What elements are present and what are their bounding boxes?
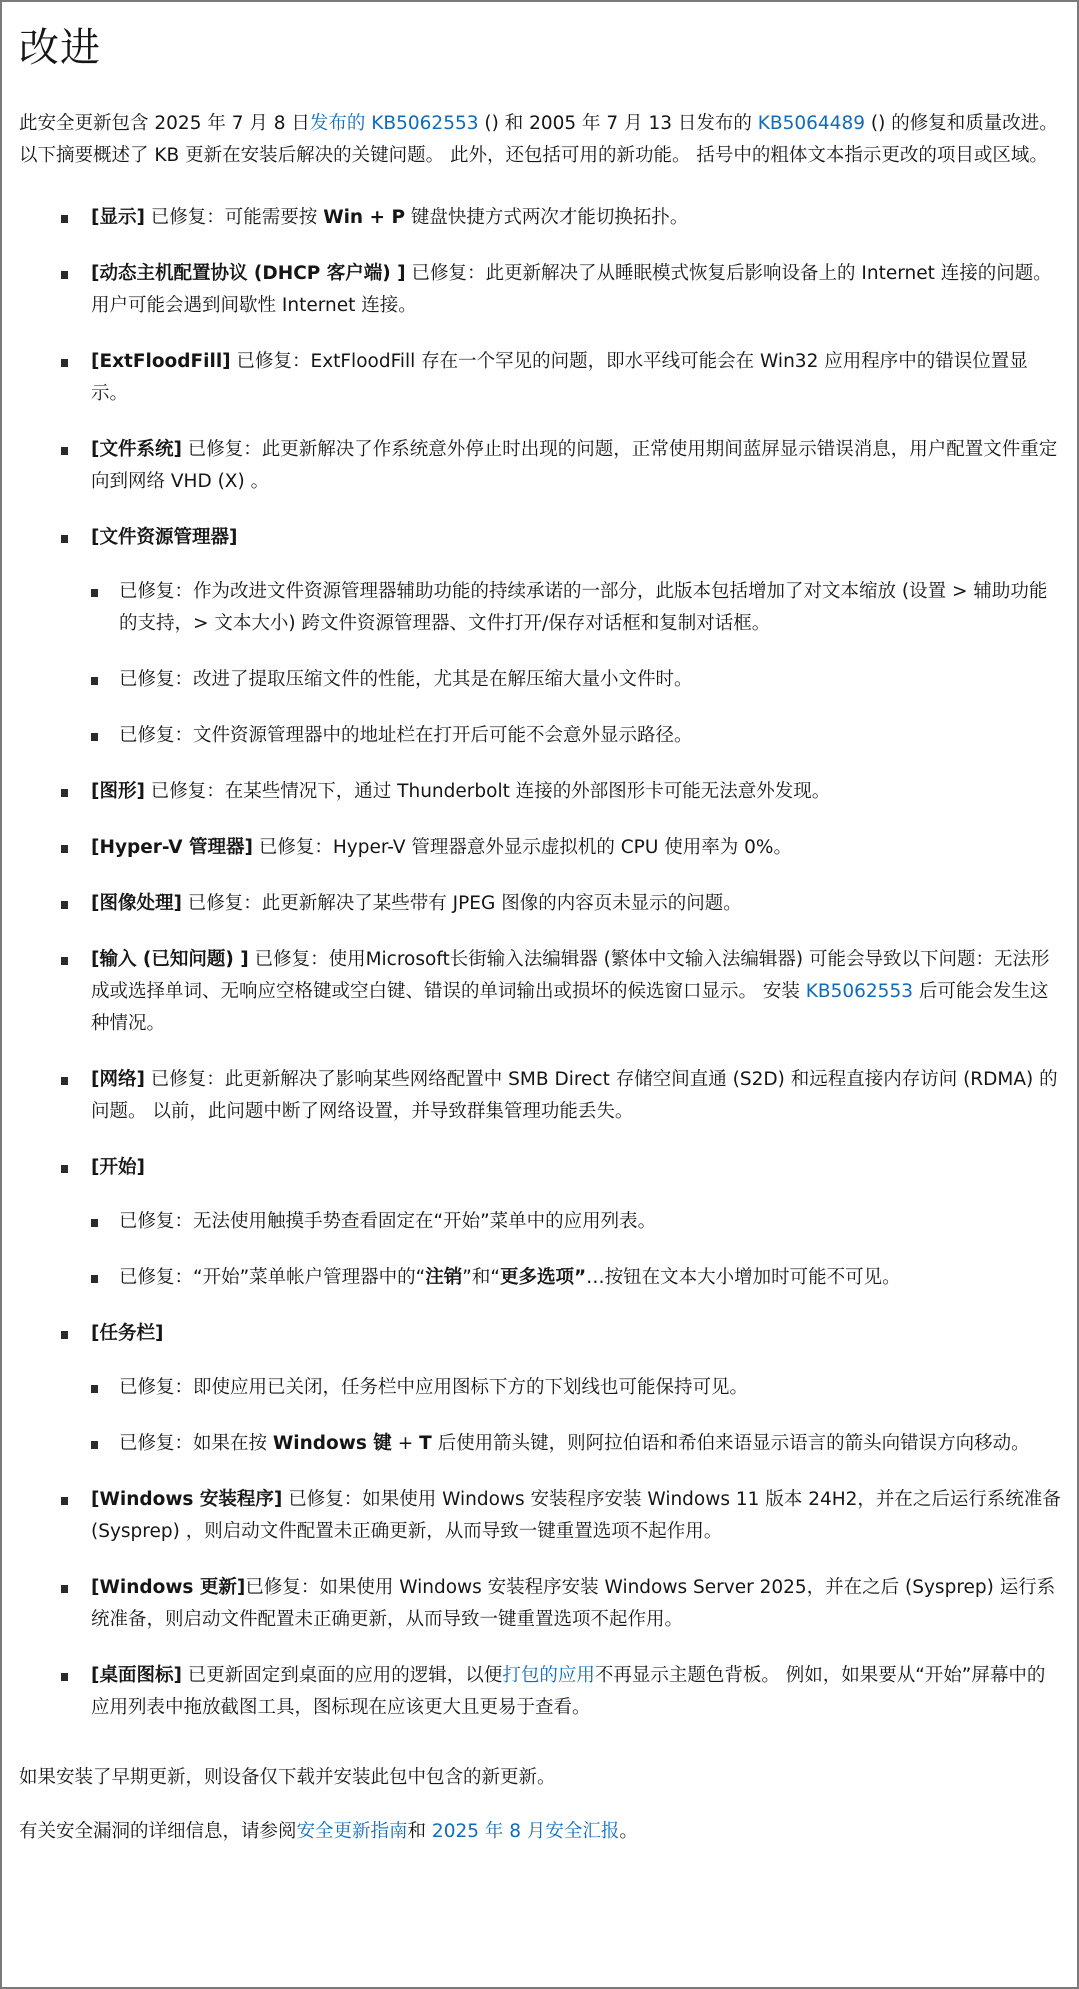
sub-list: 已修复：即使应用已关闭，任务栏中应用图标下方的下划线也可能保持可见。 已修复：如… <box>91 1372 1061 1460</box>
square-bullet-icon <box>61 535 68 543</box>
footer-text: 和 <box>408 1821 432 1842</box>
item-tag: [图形] <box>91 781 145 802</box>
list-item-imaging: [图像处理] 已修复：此更新解决了某些带有 JPEG 图像的内容页未显示的问题。 <box>19 888 1061 920</box>
list-item-extfloodfill: [ExtFloodFill] 已修复：ExtFloodFill 存在一个罕见的问… <box>19 346 1061 410</box>
item-tag: [输入 (已知问题) ] <box>91 949 249 970</box>
item-tag: [Windows 安装程序] <box>91 1489 282 1510</box>
square-bullet-icon <box>91 1219 98 1227</box>
square-bullet-icon <box>61 271 68 279</box>
sub-item-text: 已修复：如果在按 <box>119 1433 273 1454</box>
footer-note: 如果安装了早期更新，则设备仅下载并安装此包中包含的新更新。 <box>19 1762 1061 1794</box>
item-tag: [文件系统] <box>91 439 182 460</box>
item-text: 已修复：此更新解决了影响某些网络配置中 SMB Direct 存储空间直通 (S… <box>91 1069 1058 1122</box>
list-item-windows-setup: [Windows 安装程序] 已修复：如果使用 Windows 安装程序安装 W… <box>19 1484 1061 1548</box>
item-text: 键盘快捷方式两次才能切换拓扑。 <box>405 207 688 228</box>
list-item-file-system: [文件系统] 已修复：此更新解决了作系统意外停止时出现的问题，正常使用期间蓝屏显… <box>19 434 1061 498</box>
item-text: 已修复：此更新解决了作系统意外停止时出现的问题，正常使用期间蓝屏显示错误消息，用… <box>91 439 1057 492</box>
sub-list-item: 已修复：“开始”菜单帐户管理器中的“注销”和“更多选项”…按钮在文本大小增加时可… <box>91 1262 1061 1294</box>
square-bullet-icon <box>61 957 68 965</box>
square-bullet-icon <box>91 733 98 741</box>
square-bullet-icon <box>61 215 68 223</box>
list-item-taskbar: [任务栏] 已修复：即使应用已关闭，任务栏中应用图标下方的下划线也可能保持可见。… <box>19 1318 1061 1460</box>
item-tag: [桌面图标] <box>91 1665 182 1686</box>
page-title: 改进 <box>19 2 1061 74</box>
sub-list-item: 已修复：改进了提取压缩文件的性能，尤其是在解压缩大量小文件时。 <box>91 664 1061 696</box>
intro-paragraph: 此安全更新包含 2025 年 7 月 8 日发布的 KB5062553 () 和… <box>19 108 1061 172</box>
list-item-networking: [网络] 已修复：此更新解决了影响某些网络配置中 SMB Direct 存储空间… <box>19 1064 1061 1128</box>
item-tag: [开始] <box>91 1157 145 1178</box>
item-bold: Win + P <box>323 207 405 228</box>
sub-list-item: 已修复：作为改进文件资源管理器辅助功能的持续承诺的一部分，此版本包括增加了对文本… <box>91 576 1061 640</box>
improvements-list: [显示] 已修复：可能需要按 Win + P 键盘快捷方式两次才能切换拓扑。 [… <box>19 202 1061 1724</box>
intro-text: 此安全更新包含 2025 年 7 月 8 日 <box>19 113 310 134</box>
item-bold: T <box>419 1433 432 1454</box>
sub-list: 已修复：作为改进文件资源管理器辅助功能的持续承诺的一部分，此版本包括增加了对文本… <box>91 576 1061 752</box>
kb5064489-link[interactable]: KB5064489 <box>758 113 865 134</box>
sub-item-text: 已修复：“开始”菜单帐户管理器中的“ <box>119 1267 425 1288</box>
sub-list-item: 已修复：即使应用已关闭，任务栏中应用图标下方的下划线也可能保持可见。 <box>91 1372 1061 1404</box>
square-bullet-icon <box>61 1585 68 1593</box>
square-bullet-icon <box>91 589 98 597</box>
kb5062553-link[interactable]: 发布的 KB5062553 <box>310 113 479 134</box>
item-text: 已修复：ExtFloodFill 存在一个罕见的问题，即水平线可能会在 Win3… <box>91 351 1028 404</box>
sub-item-text: + <box>392 1433 419 1454</box>
sub-item-text: 后使用箭头键，则阿拉伯语和希伯来语显示语言的箭头向错误方向移动。 <box>432 1433 1030 1454</box>
item-tag: [图像处理] <box>91 893 182 914</box>
square-bullet-icon <box>61 1497 68 1505</box>
item-text: 已修复：Hyper-V 管理器意外显示虚拟机的 CPU 使用率为 0%。 <box>253 837 792 858</box>
august-2025-security-bulletin-link[interactable]: 2025 年 8 月安全汇报 <box>432 1821 620 1842</box>
sub-list: 已修复：无法使用触摸手势查看固定在“开始”菜单中的应用列表。 已修复：“开始”菜… <box>91 1206 1061 1294</box>
list-item-display: [显示] 已修复：可能需要按 Win + P 键盘快捷方式两次才能切换拓扑。 <box>19 202 1061 234</box>
footer-text: 。 <box>619 1821 638 1842</box>
item-bold: Windows 键 <box>273 1433 392 1454</box>
sub-item-text: 已修复：改进了提取压缩文件的性能，尤其是在解压缩大量小文件时。 <box>119 669 693 690</box>
square-bullet-icon <box>91 1385 98 1393</box>
list-item-desktop-icons: [桌面图标] 已更新固定到桌面的应用的逻辑，以便打包的应用不再显示主题色背板。 … <box>19 1660 1061 1724</box>
item-tag: [ExtFloodFill] <box>91 351 231 372</box>
sub-item-text: 已修复：无法使用触摸手势查看固定在“开始”菜单中的应用列表。 <box>119 1211 656 1232</box>
square-bullet-icon <box>61 1165 68 1173</box>
item-text: 已修复：在某些情况下，通过 Thunderbolt 连接的外部图形卡可能无法意外… <box>145 781 830 802</box>
list-item-input: [输入 (已知问题) ] 已修复：使用Microsoft长街输入法编辑器 (繁体… <box>19 944 1061 1040</box>
item-text: 已更新固定到桌面的应用的逻辑，以便 <box>182 1665 502 1686</box>
item-tag: [任务栏] <box>91 1323 163 1344</box>
item-tag: [显示] <box>91 207 145 228</box>
square-bullet-icon <box>61 845 68 853</box>
footer-security-info: 有关安全漏洞的详细信息，请参阅安全更新指南和 2025 年 8 月安全汇报。 <box>19 1816 1061 1848</box>
item-tag: [Windows 更新] <box>91 1577 245 1598</box>
sub-item-text: …按钮在文本大小增加时可能不可见。 <box>586 1267 901 1288</box>
list-item-hyper-v: [Hyper-V 管理器] 已修复：Hyper-V 管理器意外显示虚拟机的 CP… <box>19 832 1061 864</box>
item-tag: [动态主机配置协议 (DHCP 客户端) ] <box>91 263 406 284</box>
list-item-windows-update: [Windows 更新]已修复：如果使用 Windows 安装程序安装 Wind… <box>19 1572 1061 1636</box>
list-item-graphics: [图形] 已修复：在某些情况下，通过 Thunderbolt 连接的外部图形卡可… <box>19 776 1061 808</box>
item-bold: 注销 <box>425 1267 462 1288</box>
sub-list-item: 已修复：如果在按 Windows 键 + T 后使用箭头键，则阿拉伯语和希伯来语… <box>91 1428 1061 1460</box>
item-text: 已修复：可能需要按 <box>145 207 323 228</box>
packaged-apps-link[interactable]: 打包的应用 <box>502 1665 595 1686</box>
list-item-dhcp: [动态主机配置协议 (DHCP 客户端) ] 已修复：此更新解决了从睡眠模式恢复… <box>19 258 1061 322</box>
square-bullet-icon <box>61 1077 68 1085</box>
square-bullet-icon <box>61 901 68 909</box>
square-bullet-icon <box>61 447 68 455</box>
sub-list-item: 已修复：文件资源管理器中的地址栏在打开后可能不会意外显示路径。 <box>91 720 1061 752</box>
sub-item-text: 已修复：作为改进文件资源管理器辅助功能的持续承诺的一部分，此版本包括增加了对文本… <box>119 581 1047 634</box>
sub-item-text: 已修复：文件资源管理器中的地址栏在打开后可能不会意外显示路径。 <box>119 725 693 746</box>
article: 改进 此安全更新包含 2025 年 7 月 8 日发布的 KB5062553 (… <box>2 2 1077 1848</box>
list-item-start: [开始] 已修复：无法使用触摸手势查看固定在“开始”菜单中的应用列表。 已修复：… <box>19 1152 1061 1294</box>
item-tag: [网络] <box>91 1069 145 1090</box>
item-tag: [文件资源管理器] <box>91 527 237 548</box>
footer-text: 有关安全漏洞的详细信息，请参阅 <box>19 1821 297 1842</box>
square-bullet-icon <box>61 359 68 367</box>
square-bullet-icon <box>61 789 68 797</box>
square-bullet-icon <box>91 1441 98 1449</box>
kb5062553-link[interactable]: KB5062553 <box>806 981 913 1002</box>
square-bullet-icon <box>61 1331 68 1339</box>
item-text: 已修复：此更新解决了某些带有 JPEG 图像的内容页未显示的问题。 <box>182 893 742 914</box>
sub-item-text: 已修复：即使应用已关闭，任务栏中应用图标下方的下划线也可能保持可见。 <box>119 1377 748 1398</box>
list-item-file-explorer: [文件资源管理器] 已修复：作为改进文件资源管理器辅助功能的持续承诺的一部分，此… <box>19 522 1061 752</box>
square-bullet-icon <box>91 677 98 685</box>
sub-list-item: 已修复：无法使用触摸手势查看固定在“开始”菜单中的应用列表。 <box>91 1206 1061 1238</box>
security-update-guide-link[interactable]: 安全更新指南 <box>297 1821 408 1842</box>
square-bullet-icon <box>61 1673 68 1681</box>
item-tag: [Hyper-V 管理器] <box>91 837 253 858</box>
intro-text: () 和 2005 年 7 月 13 日发布的 <box>479 113 758 134</box>
sub-item-text: ”和“ <box>462 1267 500 1288</box>
item-bold: 更多选项” <box>500 1267 586 1288</box>
square-bullet-icon <box>91 1275 98 1283</box>
